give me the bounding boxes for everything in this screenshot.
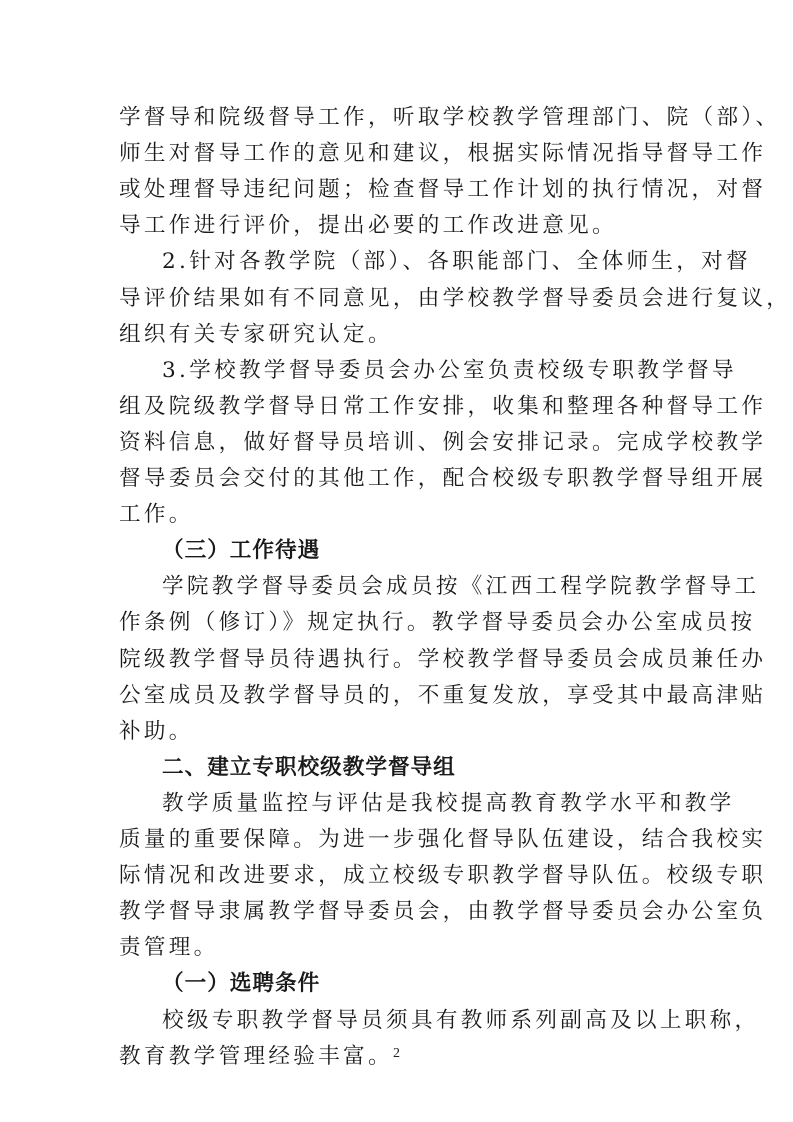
paragraph-line: 际情况和改进要求，成立校级专职教学督导队伍。校级专职: [119, 862, 766, 890]
paragraph-line: 校级专职教学督导员须具有教师系列副高及以上职称，: [162, 1007, 759, 1035]
paragraph-line: 组及院级教学督导日常工作安排，收集和整理各种督导工作: [119, 393, 766, 421]
paragraph-line: 教学督导隶属教学督导委员会，由教学督导委员会办公室负: [119, 898, 766, 926]
paragraph-line: 工作。: [119, 501, 194, 529]
paragraph-line: 导工作进行评价，提出必要的工作改进意见。: [119, 212, 617, 240]
paragraph-line: 教学质量监控与评估是我校提高教育教学水平和教学: [162, 790, 735, 818]
section-heading: 二、建立专职校级教学督导组: [162, 754, 456, 782]
paragraph-line: 师生对督导工作的意见和建议，根据实际情况指导督导工作: [119, 140, 766, 168]
paragraph-line: 或处理督导违纪问题；检查督导工作计划的执行情况，对督: [119, 176, 766, 204]
paragraph-line: 质量的重要保障。为进一步强化督导队伍建设，结合我校实: [119, 826, 766, 854]
paragraph-line: 组织有关专家研究认定。: [119, 321, 393, 349]
section-heading: （三）工作待遇: [162, 537, 320, 565]
paragraph-line: 资料信息，做好督导员培训、例会安排记录。完成学校教学: [119, 429, 766, 457]
paragraph-line: 公室成员及教学督导员的，不重复发放，享受其中最高津贴: [119, 682, 766, 710]
paragraph-line: 院级教学督导员待遇执行。学校教学督导委员会成员兼任办: [119, 646, 766, 674]
document-page: 学督导和院级督导工作，听取学校教学管理部门、院（部）、师生对督导工作的意见和建议…: [0, 0, 793, 1122]
paragraph-line: 导评价结果如有不同意见，由学校教学督导委员会进行复议，: [119, 285, 791, 313]
paragraph-line: 责管理。: [119, 934, 219, 962]
section-heading: （一）选聘条件: [162, 970, 320, 998]
paragraph-line: 学督导和院级督导工作，听取学校教学管理部门、院（部）、: [119, 104, 780, 132]
paragraph-line: 2.针对各教学院（部）、各职能部门、全体师生，对督: [162, 248, 751, 276]
paragraph-line: 作条例（修订）》规定执行。教学督导委员会办公室成员按: [119, 609, 755, 637]
page-number: 2: [0, 1046, 793, 1062]
paragraph-line: 督导委员会交付的其他工作，配合校级专职教学督导组开展: [119, 465, 766, 493]
paragraph-line: 3.学校教学督导委员会办公室负责校级专职教学督导: [162, 357, 737, 385]
paragraph-line: 学院教学督导委员会成员按《江西工程学院教学督导工: [162, 573, 759, 601]
paragraph-line: 补助。: [119, 718, 194, 746]
